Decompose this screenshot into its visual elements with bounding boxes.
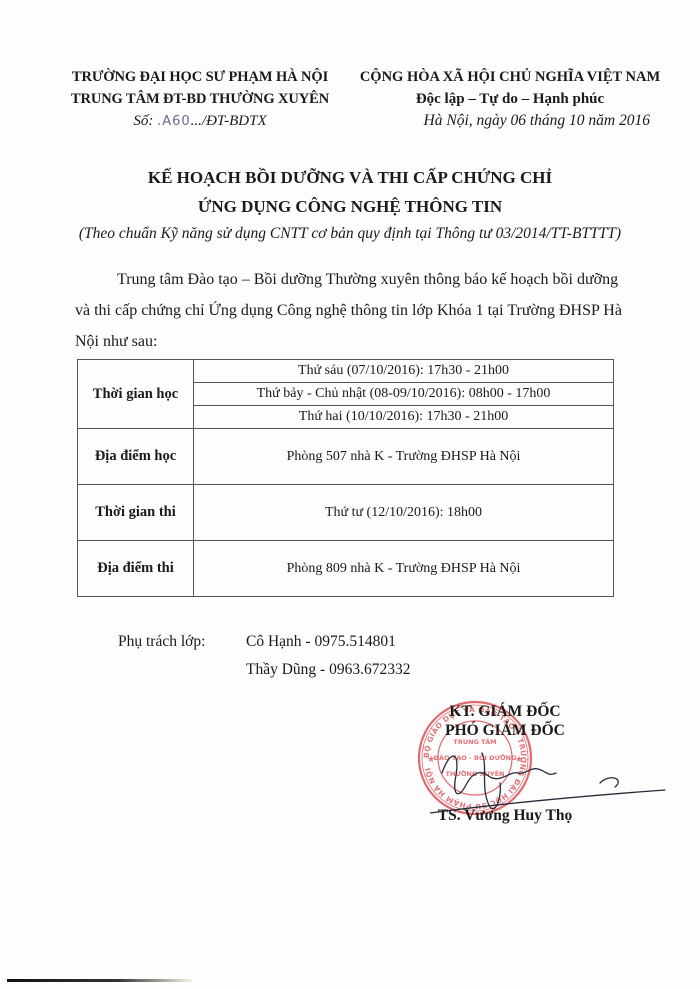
- exam-place-label: Địa điểm thi: [78, 541, 194, 597]
- document-date: Hà Nội, ngày 06 tháng 10 năm 2016: [340, 110, 680, 132]
- intro-paragraph: Trung tâm Đào tạo – Bồi dưỡng Thường xuy…: [75, 264, 635, 357]
- title-line-1: KẾ HOẠCH BỒI DƯỠNG VÀ THI CẤP CHỨNG CHỈ: [40, 163, 660, 192]
- schedule-table: Thời gian học Thứ sáu (07/10/2016): 17h3…: [77, 359, 614, 597]
- signer-title-2: PHÓ GIÁM ĐỐC: [400, 721, 610, 740]
- study-place-label: Địa điểm học: [78, 429, 194, 485]
- title-line-2: ỨNG DỤNG CÔNG NGHỆ THÔNG TIN: [40, 192, 660, 221]
- study-time-value: Thứ hai (10/10/2016): 17h30 - 21h00: [194, 406, 614, 429]
- exam-time-value: Thứ tư (12/10/2016): 18h00: [194, 485, 614, 541]
- contacts-label: Phụ trách lớp:: [118, 628, 246, 656]
- country-name: CỘNG HÒA XÃ HỘI CHỦ NGHĨA VIỆT NAM: [340, 66, 680, 88]
- table-row: Địa điểm học Phòng 507 nhà K - Trường ĐH…: [78, 429, 614, 485]
- motto: Độc lập – Tự do – Hạnh phúc: [340, 88, 680, 110]
- issuing-organization: TRƯỜNG ĐẠI HỌC SƯ PHẠM HÀ NỘI TRUNG TÂM …: [55, 66, 345, 133]
- handwritten-number: .A60: [157, 114, 191, 129]
- study-time-label: Thời gian học: [78, 360, 194, 429]
- table-row: Thời gian học Thứ sáu (07/10/2016): 17h3…: [78, 360, 614, 383]
- document-title: KẾ HOẠCH BỒI DƯỠNG VÀ THI CẤP CHỨNG CHỈ …: [40, 163, 660, 247]
- handwritten-signature-icon: [430, 745, 670, 815]
- table-row: Địa điểm thi Phòng 809 nhà K - Trường ĐH…: [78, 541, 614, 597]
- exam-time-label: Thời gian thi: [78, 485, 194, 541]
- contact-person: Thầy Dũng - 0963.672332: [246, 656, 410, 684]
- center-name: TRUNG TÂM ĐT-BD THƯỜNG XUYÊN: [55, 88, 345, 110]
- signer-title-1: KT. GIÁM ĐỐC: [400, 702, 610, 721]
- study-time-value: Thứ bảy - Chủ nhật (08-09/10/2016): 08h0…: [194, 383, 614, 406]
- study-place-value: Phòng 507 nhà K - Trường ĐHSP Hà Nội: [194, 429, 614, 485]
- contacts: Phụ trách lớp: Cô Hạnh - 0975.514801 Thầ…: [118, 628, 410, 684]
- exam-place-value: Phòng 809 nhà K - Trường ĐHSP Hà Nội: [194, 541, 614, 597]
- study-time-value: Thứ sáu (07/10/2016): 17h30 - 21h00: [194, 360, 614, 383]
- national-motto: CỘNG HÒA XÃ HỘI CHỦ NGHĨA VIỆT NAM Độc l…: [340, 66, 680, 132]
- contact-person: Cô Hạnh - 0975.514801: [246, 628, 396, 656]
- title-subtitle: (Theo chuẩn Kỹ năng sử dụng CNTT cơ bản …: [40, 221, 660, 247]
- document-number: Số: .A60.../ĐT-BDTX: [55, 110, 345, 133]
- scan-edge-mark: [7, 979, 192, 982]
- university-name: TRƯỜNG ĐẠI HỌC SƯ PHẠM HÀ NỘI: [55, 66, 345, 88]
- table-row: Thời gian thi Thứ tư (12/10/2016): 18h00: [78, 485, 614, 541]
